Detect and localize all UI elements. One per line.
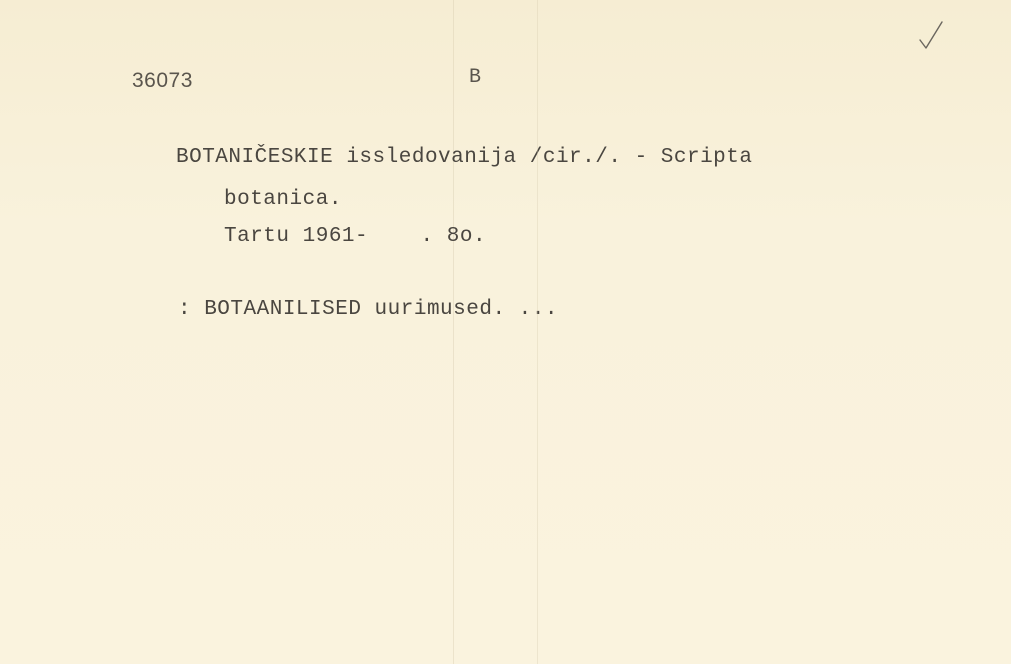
catalog-card: 36073 B BOTANIČESKIE issledovanija /cir.… bbox=[0, 0, 1011, 664]
imprint: Tartu 1961- . 8o. bbox=[224, 226, 486, 247]
title-line: BOTANIČESKIE issledovanija /cir./. - Scr… bbox=[176, 147, 753, 168]
see-also-reference: : BOTAANILISED uurimused. ... bbox=[178, 299, 558, 320]
location-mark: B bbox=[469, 68, 482, 88]
call-number: 36073 bbox=[132, 70, 193, 91]
checkmark-icon bbox=[916, 20, 946, 52]
title-continuation: botanica. bbox=[224, 189, 342, 210]
